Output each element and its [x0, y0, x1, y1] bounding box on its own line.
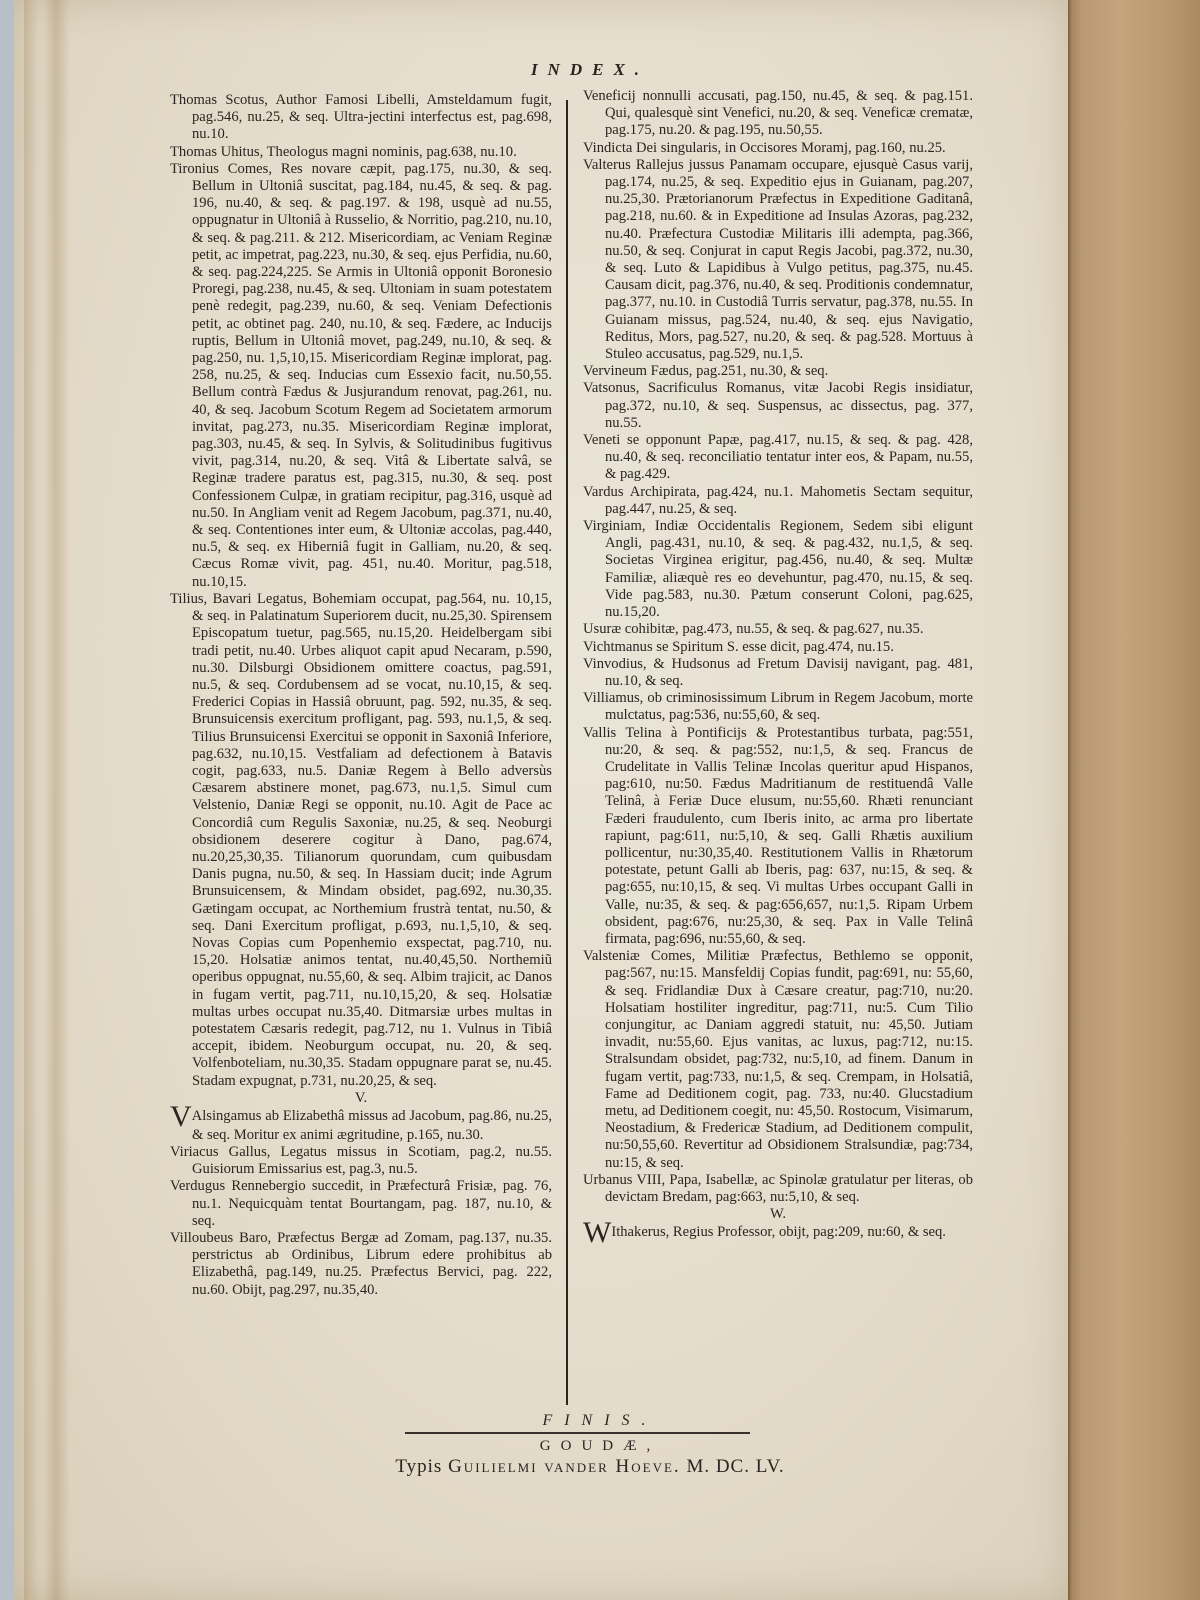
index-entry: Usuræ cohibitæ, pag.473, nu.55, & seq. &… — [583, 621, 973, 638]
index-entry: Villoubeus Baro, Præfectus Bergæ ad Zoma… — [170, 1230, 552, 1299]
imprint-printer: Guilielmi vander Hoeve. — [448, 1456, 681, 1477]
index-entry: Vichtmanus se Spiritum S. esse dicit, pa… — [583, 639, 973, 656]
index-entry: Urbanus VIII, Papa, Isabellæ, ac Spinolæ… — [583, 1172, 973, 1206]
drop-cap: V — [170, 1100, 192, 1133]
index-entry: Vervineum Fædus, pag.251, nu.30, & seq. — [583, 363, 973, 380]
section-heading-w: W. — [583, 1206, 973, 1223]
background-edge — [0, 0, 14, 1600]
index-entry: WIthakerus, Regius Professor, obijt, pag… — [583, 1223, 973, 1243]
index-entry: Virginiam, Indiæ Occidentalis Regionem, … — [583, 518, 973, 621]
column-divider — [566, 100, 568, 1405]
section-heading-v: V. — [170, 1090, 552, 1107]
index-entry: Thomas Uhitus, Theologus magni nominis, … — [170, 144, 552, 161]
index-entry: Veneti se opponunt Papæ, pag.417, nu.15,… — [583, 432, 973, 484]
index-entry: Veneficij nonnulli accusati, pag.150, nu… — [583, 88, 973, 140]
index-entry: Vardus Archipirata, pag.424, nu.1. Mahom… — [583, 484, 973, 518]
index-entry: Valsteniæ Comes, Militiæ Præfectus, Beth… — [583, 948, 973, 1172]
index-column-right: Veneficij nonnulli accusati, pag.150, nu… — [583, 88, 973, 1243]
footer-rule — [405, 1432, 750, 1434]
index-entry: Verdugus Rennebergio succedit, in Præfec… — [170, 1178, 552, 1230]
index-entry-text: Alsingamus ab Elizabethâ missus ad Jacob… — [192, 1108, 552, 1143]
index-entry: Vallis Telina à Pontificijs & Protestant… — [583, 725, 973, 949]
index-entry: Thomas Scotus, Author Famosi Libelli, Am… — [170, 92, 552, 144]
index-entry: Vinvodius, & Hudsonus ad Fretum Davisij … — [583, 656, 973, 690]
index-entry: Tilius, Bavari Legatus, Bohemiam occupat… — [170, 591, 552, 1090]
page-title: INDEX. — [530, 60, 650, 80]
index-column-left: Thomas Scotus, Author Famosi Libelli, Am… — [170, 92, 552, 1299]
page-fold — [44, 0, 70, 1600]
index-entry: Vindicta Dei singularis, in Occisores Mo… — [583, 140, 973, 157]
index-entry: VAlsingamus ab Elizabethâ missus ad Jaco… — [170, 1107, 552, 1144]
index-entry: Vatsonus, Sacrificulus Romanus, vitæ Jac… — [583, 380, 973, 432]
index-entry: Tironius Comes, Res novare cæpit, pag.17… — [170, 161, 552, 591]
book-cover-edge — [1066, 0, 1200, 1600]
index-entry: Valterus Rallejus jussus Panamam occupar… — [583, 157, 973, 363]
finis-heading: FINIS. — [330, 1412, 870, 1430]
index-entry: Villiamus, ob criminosissimum Librum in … — [583, 690, 973, 724]
imprint-place: GOUDÆ, — [330, 1438, 870, 1455]
imprint-year: M. DC. LV. — [686, 1456, 784, 1477]
imprint-line: Typis Guilielmi vander Hoeve. M. DC. LV. — [270, 1456, 910, 1478]
drop-cap: W — [583, 1216, 611, 1249]
page-stain — [24, 0, 38, 1600]
index-entry: Viriacus Gallus, Legatus missus in Scoti… — [170, 1144, 552, 1178]
imprint-prefix: Typis — [395, 1456, 442, 1477]
index-entry-text: Ithakerus, Regius Professor, obijt, pag:… — [611, 1224, 946, 1240]
